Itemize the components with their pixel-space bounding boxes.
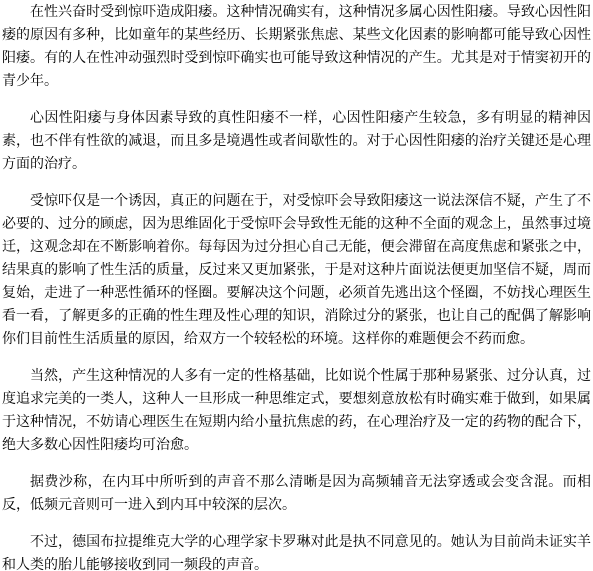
- paragraph: 在性兴奋时受到惊吓造成阳痿。这种情况确实有，这种情况多属心因性阳痿。导致心因性阳…: [2, 1, 591, 93]
- paragraph: 不过，德国布拉提维克大学的心理学家卡罗琳对此是执不同意见的。她认为目前尚未证实羊…: [2, 531, 591, 571]
- paragraph: 受惊吓仅是一个诱因，真正的问题在于，对受惊吓会导致阳痿这一说法深信不疑，产生了不…: [2, 190, 591, 351]
- paragraph: 据费沙称，在内耳中所听到的声音不那么清晰是因为高频辅音无法穿透或会变含混。而相反…: [2, 471, 591, 517]
- article-body: 在性兴奋时受到惊吓造成阳痿。这种情况确实有，这种情况多属心因性阳痿。导致心因性阳…: [0, 0, 593, 571]
- paragraph: 当然，产生这种情况的人多有一定的性格基础，比如说个性属于那种易紧张、过分认真，过…: [2, 365, 591, 457]
- paragraph: 心因性阳痿与身体因素导致的真性阳痿不一样，心因性阳痿产生较急，多有明显的精神因素…: [2, 107, 591, 176]
